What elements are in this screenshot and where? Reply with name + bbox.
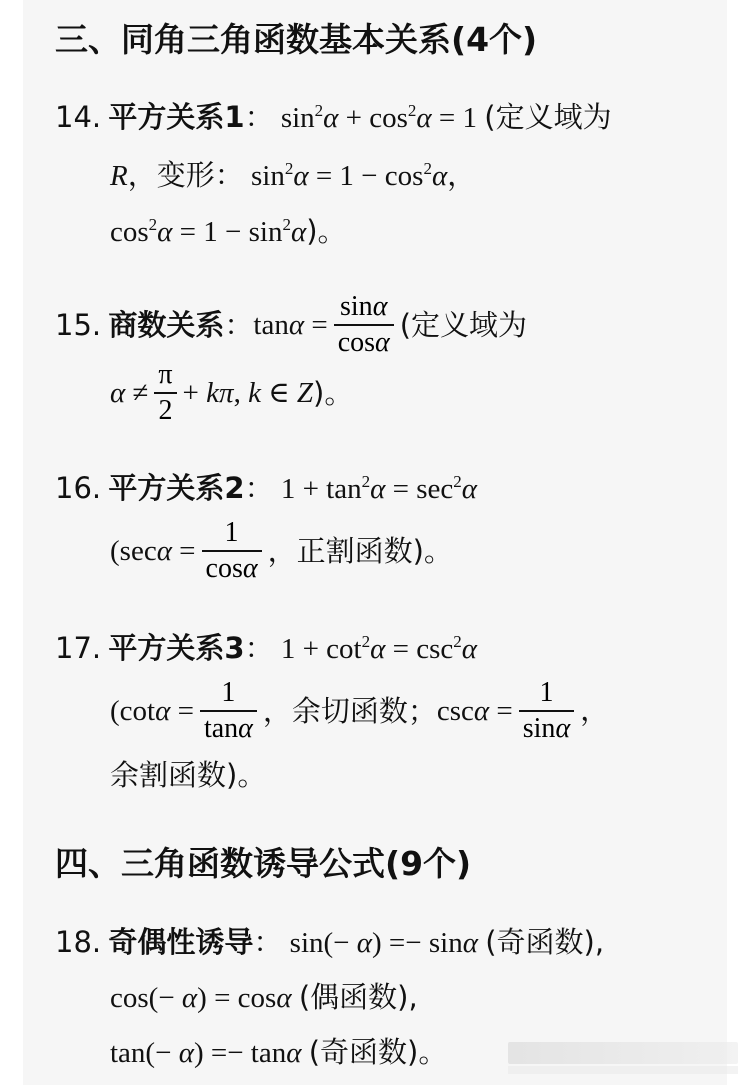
watermark xyxy=(508,1042,738,1064)
note: (定义域为 xyxy=(400,308,527,342)
item-number: 15. xyxy=(55,308,101,342)
item-number: 18. xyxy=(55,925,101,959)
denominator: 2 xyxy=(154,394,176,428)
item-label: 平方关系1 xyxy=(108,100,244,134)
item-14-line-3: cos2α = 1 − sin2α)。 xyxy=(110,214,347,249)
numerator: sinα xyxy=(336,290,391,324)
fraction: π 2 xyxy=(154,358,176,428)
formula: tan(− α) =− tanα xyxy=(110,1037,301,1069)
colon: ： xyxy=(245,631,274,665)
note: (奇函数)。 xyxy=(309,1035,448,1069)
numerator: 1 xyxy=(221,516,243,550)
item-17-line-2: (cotα = 1 tanα ，余切函数； cscα = 1 sinα ， xyxy=(110,676,609,746)
comma: ， xyxy=(580,694,609,728)
formula-lhs: (secα = xyxy=(110,534,196,568)
colon: ： xyxy=(253,925,282,959)
note: (奇函数), xyxy=(485,925,604,959)
item-15-line-1: 15. 商数关系： tanα = sinα cosα (定义域为 xyxy=(55,290,527,360)
note: ，正割函数)。 xyxy=(268,534,453,568)
text: ，变形： xyxy=(128,158,244,192)
item-label: 平方关系3 xyxy=(108,631,244,665)
formula-lhs: tanα = xyxy=(253,308,327,342)
colon: ： xyxy=(245,471,274,505)
item-17-line-3: 余割函数)。 xyxy=(110,758,266,793)
item-number: 14. xyxy=(55,100,101,134)
item-label: 商数关系 xyxy=(108,308,224,342)
note: (偶函数), xyxy=(299,980,418,1014)
close: )。 xyxy=(306,214,346,248)
item-number: 16. xyxy=(55,471,101,505)
colon: ： xyxy=(245,100,274,134)
denominator: cosα xyxy=(202,552,262,586)
formula-lhs: (cotα = xyxy=(110,694,194,728)
fraction: 1 tanα xyxy=(200,676,257,746)
item-18-line-3: tan(− α) =− tanα (奇函数)。 xyxy=(110,1035,447,1070)
denominator: sinα xyxy=(519,712,574,746)
formula: sin2α + cos2α = 1 xyxy=(281,102,477,134)
numerator: π xyxy=(154,358,176,392)
formula: sin(− α) =− sinα xyxy=(290,927,478,959)
item-18-line-2: cos(− α) = cosα (偶函数), xyxy=(110,980,418,1015)
formula: cos2α = 1 − sin2α xyxy=(110,216,306,248)
numerator: 1 xyxy=(217,676,239,710)
numerator: 1 xyxy=(535,676,557,710)
item-label: 平方关系2 xyxy=(108,471,244,505)
formula: sin2α = 1 − cos2α xyxy=(251,160,447,192)
formula: cos(− α) = cosα xyxy=(110,982,292,1014)
section-heading-3: 三、同角三角函数基本关系(4个) xyxy=(55,14,537,61)
close: )。 xyxy=(313,376,353,410)
math-symbol: R xyxy=(110,160,128,192)
item-number: 17. xyxy=(55,631,101,665)
item-18-line-1: 18. 奇偶性诱导： sin(− α) =− sinα (奇函数), xyxy=(55,925,604,960)
formula-csc: cscα = xyxy=(437,694,513,728)
formula-post: + kπ, k ∈ Z xyxy=(183,376,314,410)
item-15-line-2: α ≠ π 2 + kπ, k ∈ Z)。 xyxy=(110,358,353,428)
formula: 1 + tan2α = sec2α xyxy=(281,473,477,505)
item-16-line-2: (secα = 1 cosα ，正割函数)。 xyxy=(110,516,453,586)
fraction: 1 sinα xyxy=(519,676,574,746)
section-heading-4: 四、三角函数诱导公式(9个) xyxy=(55,838,471,885)
formula-pre: α ≠ xyxy=(110,376,148,410)
note: (定义域为 xyxy=(484,100,611,134)
item-14-line-2: R，变形： sin2α = 1 − cos2α， xyxy=(110,158,476,193)
item-16-line-1: 16. 平方关系2： 1 + tan2α = sec2α xyxy=(55,471,477,506)
formula: 1 + cot2α = csc2α xyxy=(281,633,477,665)
item-14-line-1: 14. 平方关系1： sin2α + cos2α = 1 (定义域为 xyxy=(55,100,612,135)
note: 余割函数)。 xyxy=(110,758,266,792)
item-label: 奇偶性诱导 xyxy=(108,925,253,959)
colon: ： xyxy=(224,308,253,342)
fraction: sinα cosα xyxy=(334,290,394,360)
item-17-line-1: 17. 平方关系3： 1 + cot2α = csc2α xyxy=(55,631,477,666)
fraction: 1 cosα xyxy=(202,516,262,586)
watermark-subline xyxy=(508,1066,738,1074)
denominator: cosα xyxy=(334,326,394,360)
denominator: tanα xyxy=(200,712,257,746)
note: ，余切函数； xyxy=(263,694,437,728)
comma: ， xyxy=(447,160,476,192)
